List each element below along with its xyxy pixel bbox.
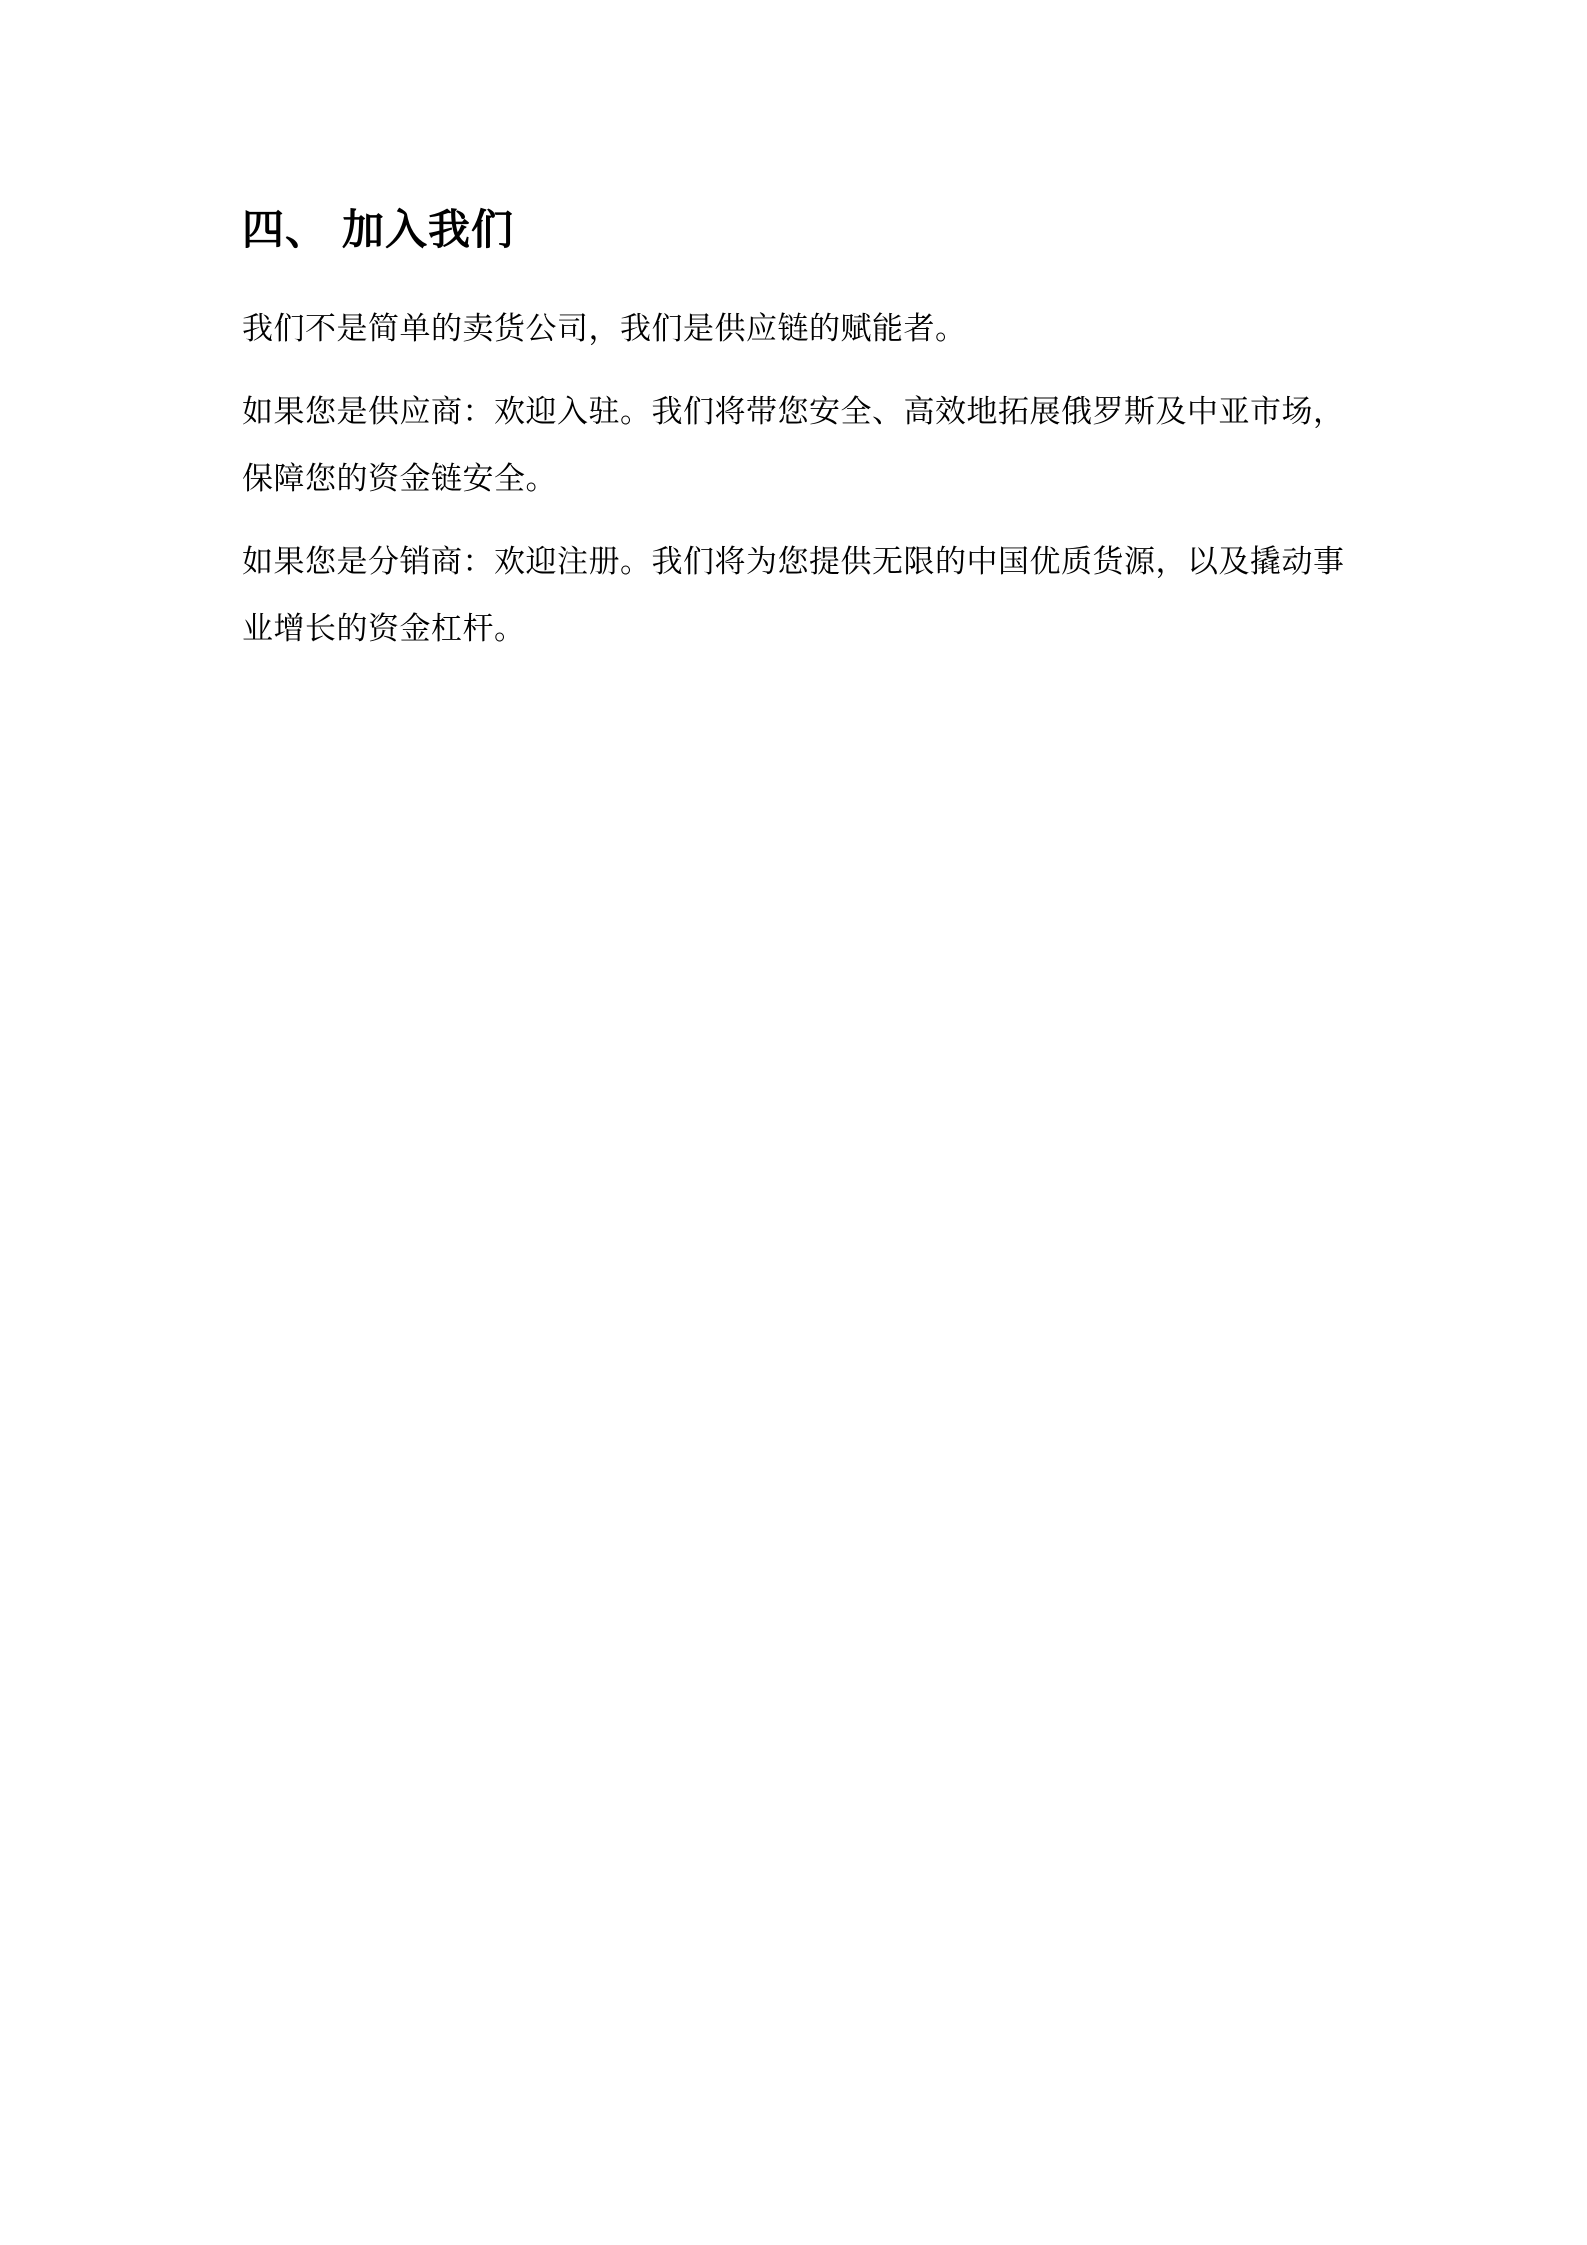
section-number: 四、 xyxy=(242,205,328,254)
section-title: 加入我们 xyxy=(342,205,514,254)
distributor-paragraph: 如果您是分销商：欢迎注册。我们将为您提供无限的中国优质货源，以及撬动事业增长的资… xyxy=(242,529,1352,663)
intro-paragraph: 我们不是简单的卖货公司，我们是供应链的赋能者。 xyxy=(242,296,1352,363)
supplier-paragraph: 如果您是供应商：欢迎入驻。我们将带您安全、高效地拓展俄罗斯及中亚市场，保障您的资… xyxy=(242,379,1352,513)
section-heading: 四、加入我们 xyxy=(242,200,514,260)
